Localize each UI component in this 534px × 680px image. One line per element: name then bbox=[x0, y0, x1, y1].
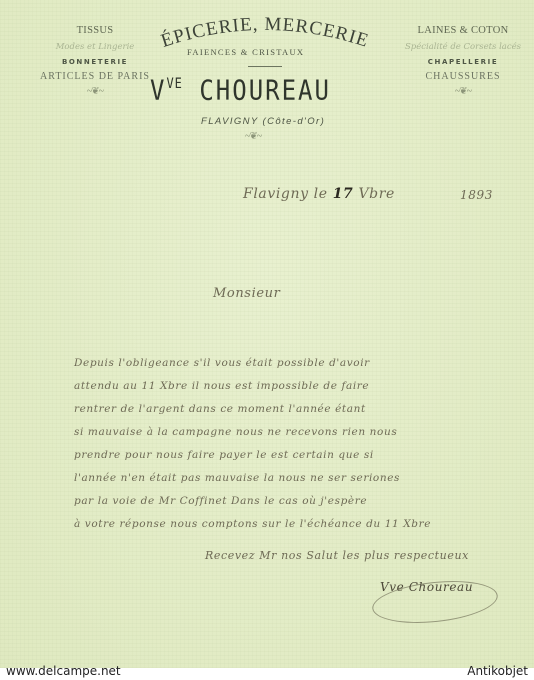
body-line: si mauvaise à la campagne nous ne recevo… bbox=[74, 421, 494, 444]
merchant-superscript: VE bbox=[166, 75, 182, 91]
left-ornament-icon: ~❦~ bbox=[30, 86, 160, 97]
body-line: Depuis l'obligeance s'il vous était poss… bbox=[74, 352, 494, 375]
merchant-surname: CHOUREAU bbox=[199, 74, 331, 106]
bonneterie-label: BONNETERIE bbox=[30, 58, 160, 66]
chaussures-label: CHAUSSURES bbox=[398, 71, 528, 82]
letter-body: Depuis l'obligeance s'il vous était poss… bbox=[74, 352, 494, 536]
closing-line: Recevez Mr nos Salut les plus respectueu… bbox=[205, 549, 469, 562]
dateline-year: 1893 bbox=[460, 188, 493, 202]
body-line: à votre réponse nous comptons sur le l'é… bbox=[74, 513, 494, 536]
signature: Vve Choureau bbox=[380, 580, 473, 594]
merchant-name: VVE CHOUREAU bbox=[150, 74, 331, 106]
dateline-month: Vbre bbox=[358, 186, 394, 202]
tissus-label: TISSUS bbox=[30, 25, 160, 36]
letterhead-right-column: LAINES & COTON Spécialité de Corsets lac… bbox=[398, 25, 528, 97]
body-line: attendu au 11 Xbre il nous est impossibl… bbox=[74, 375, 494, 398]
chapellerie-label: CHAPELLERIE bbox=[398, 58, 528, 66]
dateline-place: Flavigny le bbox=[243, 186, 328, 202]
laines-coton-label: LAINES & COTON bbox=[398, 25, 528, 36]
corsets-label: Spécialité de Corsets lacés bbox=[398, 42, 528, 52]
faiences-cristaux-label: FAIENCES & CRISTAUX bbox=[187, 47, 304, 57]
salutation: Monsieur bbox=[213, 286, 280, 301]
body-line: par la voie de Mr Coffinet Dans le cas o… bbox=[74, 490, 494, 513]
right-ornament-icon: ~❦~ bbox=[398, 86, 528, 97]
body-line: prendre pour nous faire payer le est cer… bbox=[74, 444, 494, 467]
body-line: l'année n'en était pas mauvaise la nous … bbox=[74, 467, 494, 490]
dateline-day: 17 bbox=[333, 186, 354, 202]
delcampe-watermark: www.delcampe.net bbox=[6, 664, 121, 678]
dateline: Flavigny le 17 Vbre bbox=[243, 186, 395, 202]
articles-de-paris-label: ARTICLES DE PARIS bbox=[30, 71, 160, 82]
modes-lingerie-label: Modes et Lingerie bbox=[30, 42, 160, 52]
center-ornament-icon: ~❦~ bbox=[245, 131, 261, 142]
letter-paper: TISSUS Modes et Lingerie BONNETERIE ARTI… bbox=[0, 0, 534, 668]
antikobjet-watermark: Antikobjet bbox=[467, 664, 528, 678]
title-divider bbox=[248, 66, 282, 67]
body-line: rentrer de l'argent dans ce moment l'ann… bbox=[74, 398, 494, 421]
city-label: FLAVIGNY (Côte-d'Or) bbox=[201, 116, 325, 127]
merchant-prefix: V bbox=[150, 74, 166, 106]
arched-title: ÉPICERIE, MERCERIE bbox=[145, 10, 385, 50]
letterhead-left-column: TISSUS Modes et Lingerie BONNETERIE ARTI… bbox=[30, 25, 160, 97]
